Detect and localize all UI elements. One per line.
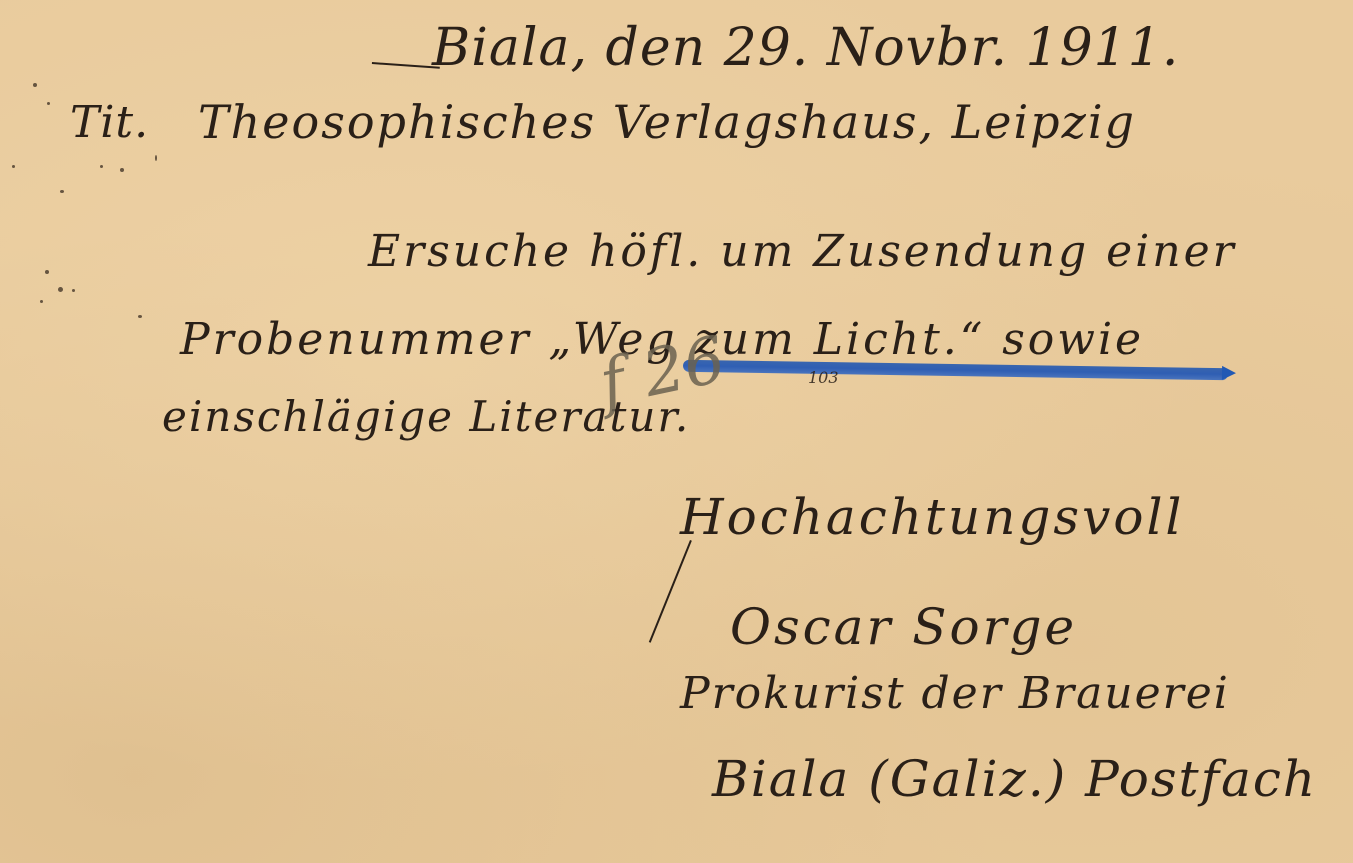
signer-location: Biala (Galiz.) Postfach: [712, 750, 1317, 808]
signature: Oscar Sorge: [730, 598, 1077, 656]
signer-title: Prokurist der Brauerei: [680, 668, 1230, 719]
body-line-1: Ersuche höfl. um Zusendung einer: [368, 226, 1237, 277]
address-prefix: Tit.: [70, 97, 149, 148]
small-note: 103: [808, 368, 839, 387]
dateline: Biala, den 29. Novbr. 1911.: [432, 18, 1179, 78]
arrow-head-icon: [1222, 366, 1236, 380]
recipient-address: Theosophisches Verlagshaus, Leipzig: [198, 95, 1136, 149]
closing: Hochachtungsvoll: [680, 488, 1184, 546]
